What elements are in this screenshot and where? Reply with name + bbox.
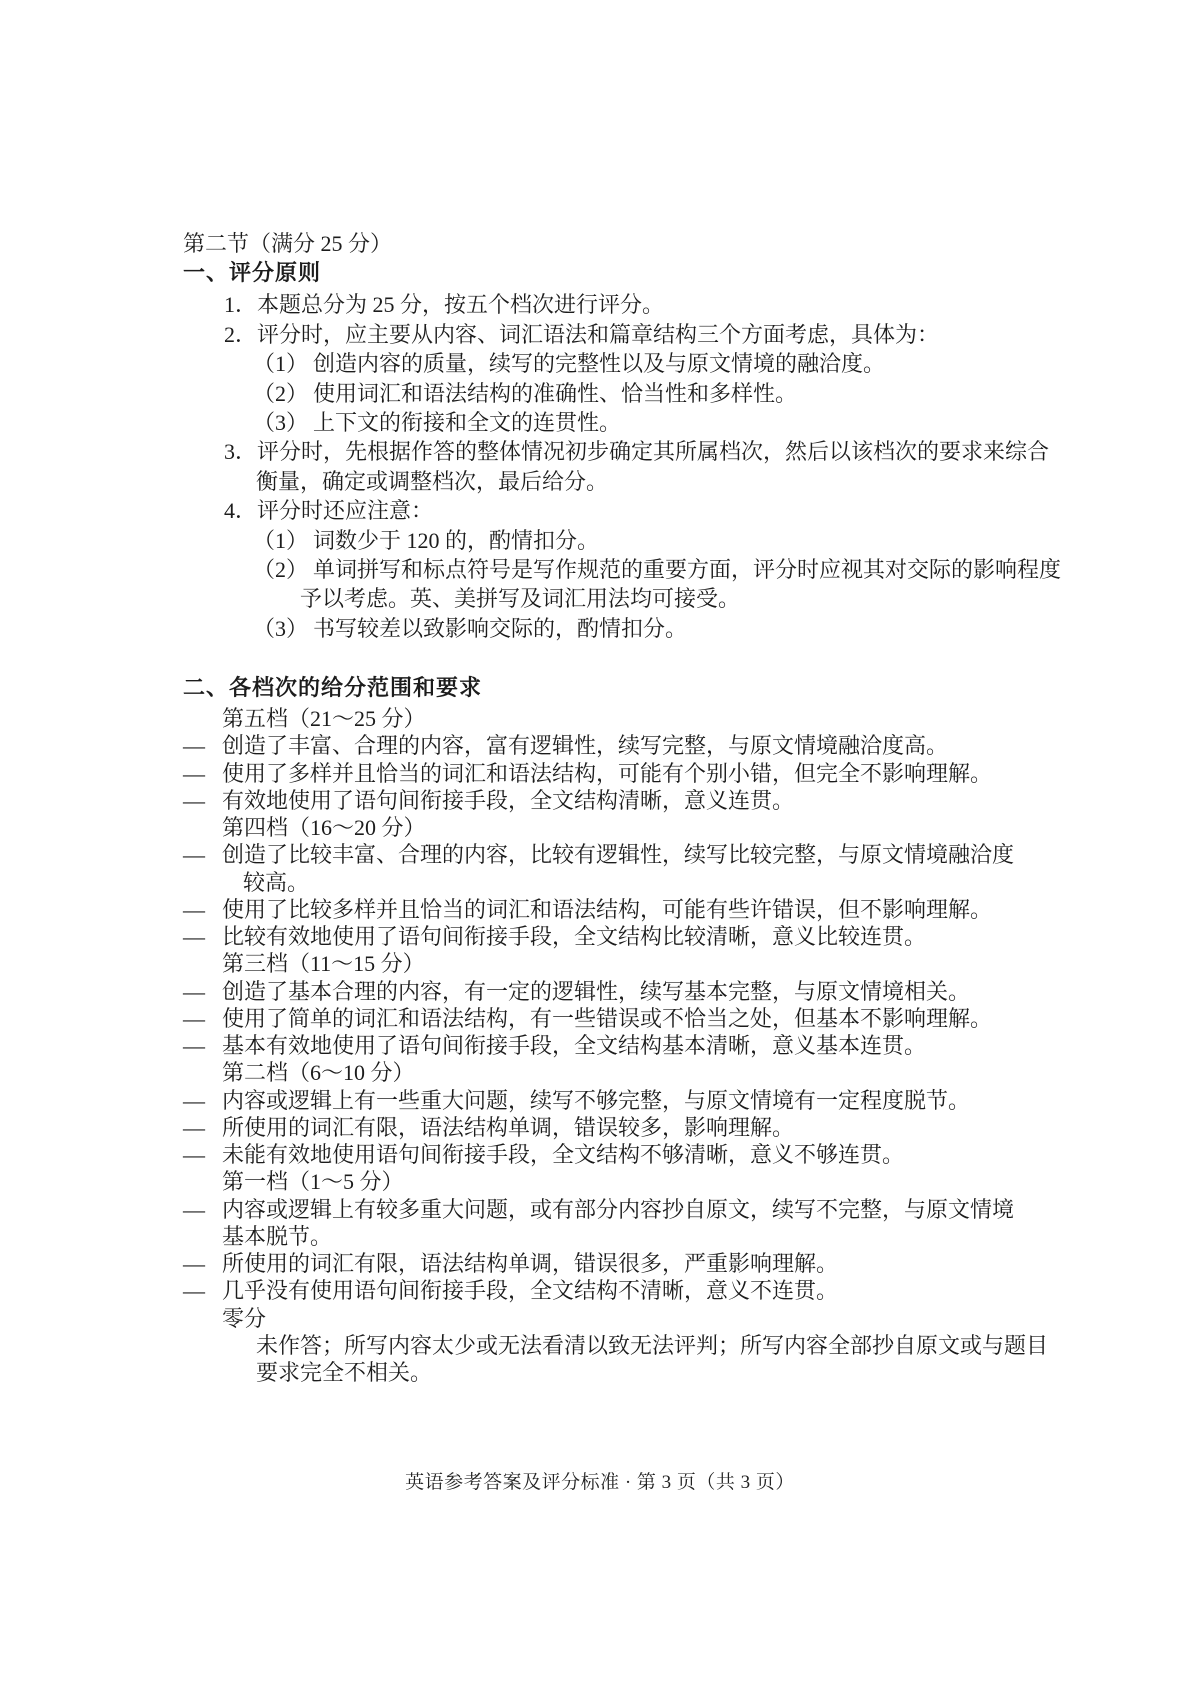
list-marker: — [183,1141,222,1168]
list-marker: — [183,1250,222,1277]
part2-heading: 二、各档次的给分范围和要求 [0,673,1200,702]
page-footer: 英语参考答案及评分标准 · 第 3 页（共 3 页） [0,1467,1200,1494]
list-marker: — [183,732,222,759]
rubric-bullet-line: —几乎没有使用语句间衔接手段，全文结构不清晰，意义不连贯。 [0,1277,1200,1304]
line-text: 第三档（11～15 分） [222,950,425,977]
line-text: 使用了比较多样并且恰当的词汇和语法结构，可能有些许错误，但不影响理解。 [222,896,992,923]
document-page: 第二节（满分 25 分） 一、评分原则 1．本题总分为 25 分，按五个档次进行… [0,0,1200,1386]
line-text: 所使用的词汇有限，语法结构单调，错误较多，影响理解。 [222,1114,794,1141]
rubric-bullet-line: —使用了简单的词汇和语法结构，有一些错误或不恰当之处，但基本不影响理解。 [0,1005,1200,1032]
rubric-bullet-line: —创造了基本合理的内容，有一定的逻辑性，续写基本完整，与原文情境相关。 [0,978,1200,1005]
list-marker: （2） [253,555,313,584]
line-text: 要求完全不相关。 [256,1359,432,1386]
rubric-bullet-line: —所使用的词汇有限，语法结构单调，错误很多，严重影响理解。 [0,1250,1200,1277]
list-marker: 2． [224,320,257,349]
rubric-bullet-line: —有效地使用了语句间衔接手段，全文结构清晰，意义连贯。 [0,787,1200,814]
line-text: 单词拼写和标点符号是写作规范的重要方面，评分时应视其对交际的影响程度 [313,555,1061,584]
rubric-bullet-line: —创造了比较丰富、合理的内容，比较有逻辑性，续写比较完整，与原文情境融洽度 [0,841,1200,868]
tier-label: 第二档（6～10 分） [0,1059,1200,1086]
rubric-bullet-line: —所使用的词汇有限，语法结构单调，错误较多，影响理解。 [0,1114,1200,1141]
list-marker: 1． [224,290,257,319]
line-text: 使用词汇和语法结构的准确性、恰当性和多样性。 [313,379,797,408]
part1-body: 1．本题总分为 25 分，按五个档次进行评分。2．评分时，应主要从内容、词汇语法… [0,290,1200,643]
line-text: 评分时，先根据作答的整体情况初步确定其所属档次，然后以该档次的要求来综合 [257,437,1049,466]
list-marker: — [183,760,222,787]
part2-body: 第五档（21～25 分）—创造了丰富、合理的内容，富有逻辑性，续写完整，与原文情… [0,705,1200,1386]
list-marker: （1） [253,526,313,555]
list-marker: — [183,1032,222,1059]
tier-label: 零分 [0,1305,1200,1332]
section-intro-text: 第二节（满分 25 分） [183,229,392,258]
line-text: 创造了丰富、合理的内容，富有逻辑性，续写完整，与原文情境融洽度高。 [222,732,948,759]
line-text: 未作答；所写内容太少或无法看清以致无法评判；所写内容全部抄自原文或与题目 [256,1332,1048,1359]
line-text: 未能有效地使用语句间衔接手段，全文结构不够清晰，意义不够连贯。 [222,1141,904,1168]
tier-label: 第五档（21～25 分） [0,705,1200,732]
rubric-text-line: （2）使用词汇和语法结构的准确性、恰当性和多样性。 [0,379,1200,408]
part1-heading-text: 一、评分原则 [183,258,321,287]
line-text: 创造内容的质量，续写的完整性以及与原文情境的融洽度。 [313,349,885,378]
list-marker: — [183,841,222,868]
line-text: 基本有效地使用了语句间衔接手段，全文结构基本清晰，意义基本连贯。 [222,1032,926,1059]
list-marker: — [183,923,222,950]
part1-heading: 一、评分原则 [0,258,1200,287]
section-intro-line: 第二节（满分 25 分） [0,229,1200,258]
line-text: 评分时，应主要从内容、词汇语法和篇章结构三个方面考虑，具体为： [257,320,939,349]
part2-heading-text: 二、各档次的给分范围和要求 [183,673,482,702]
tier-label: 第四档（16～20 分） [0,814,1200,841]
list-marker: （3） [253,408,313,437]
rubric-text-line: 4．评分时还应注意： [0,496,1200,525]
line-text: 第五档（21～25 分） [222,705,426,732]
line-text: 衡量，确定或调整档次，最后给分。 [256,467,608,496]
rubric-text-line: 衡量，确定或调整档次，最后给分。 [0,467,1200,496]
list-marker: — [183,1196,222,1223]
rubric-text-line: 较高。 [0,869,1200,896]
line-text: 上下文的衔接和全文的连贯性。 [313,408,621,437]
line-text: 予以考虑。英、美拼写及词汇用法均可接受。 [300,584,740,613]
line-text: 基本脱节。 [222,1223,332,1250]
rubric-text-line: （1）创造内容的质量，续写的完整性以及与原文情境的融洽度。 [0,349,1200,378]
line-text: 内容或逻辑上有一些重大问题，续写不够完整，与原文情境有一定程度脱节。 [222,1087,970,1114]
list-marker: 4． [224,496,257,525]
rubric-bullet-line: —未能有效地使用语句间衔接手段，全文结构不够清晰，意义不够连贯。 [0,1141,1200,1168]
list-marker: 3． [224,437,257,466]
rubric-text-line: 要求完全不相关。 [0,1359,1200,1386]
rubric-text-line: （3）书写较差以致影响交际的，酌情扣分。 [0,614,1200,643]
rubric-bullet-line: —基本有效地使用了语句间衔接手段，全文结构基本清晰，意义基本连贯。 [0,1032,1200,1059]
rubric-bullet-line: —内容或逻辑上有较多重大问题，或有部分内容抄自原文，续写不完整，与原文情境 [0,1196,1200,1223]
rubric-text-line: （1）词数少于 120 的，酌情扣分。 [0,526,1200,555]
rubric-bullet-line: —内容或逻辑上有一些重大问题，续写不够完整，与原文情境有一定程度脱节。 [0,1087,1200,1114]
line-text: 零分 [222,1305,266,1332]
rubric-text-line: 3．评分时，先根据作答的整体情况初步确定其所属档次，然后以该档次的要求来综合 [0,437,1200,466]
line-text: 第四档（16～20 分） [222,814,426,841]
list-marker: — [183,1277,222,1304]
line-text: 创造了基本合理的内容，有一定的逻辑性，续写基本完整，与原文情境相关。 [222,978,970,1005]
rubric-bullet-line: —使用了多样并且恰当的词汇和语法结构，可能有个别小错，但完全不影响理解。 [0,760,1200,787]
tier-label: 第三档（11～15 分） [0,950,1200,977]
line-text: 所使用的词汇有限，语法结构单调，错误很多，严重影响理解。 [222,1250,838,1277]
rubric-text-line: 予以考虑。英、美拼写及词汇用法均可接受。 [0,584,1200,613]
rubric-bullet-line: —创造了丰富、合理的内容，富有逻辑性，续写完整，与原文情境融洽度高。 [0,732,1200,759]
line-text: 较高。 [243,869,309,896]
line-text: 比较有效地使用了语句间衔接手段，全文结构比较清晰，意义比较连贯。 [222,923,926,950]
list-marker: （2） [253,379,313,408]
list-marker: — [183,1005,222,1032]
line-text: 有效地使用了语句间衔接手段，全文结构清晰，意义连贯。 [222,787,794,814]
line-text: 使用了多样并且恰当的词汇和语法结构，可能有个别小错，但完全不影响理解。 [222,760,992,787]
line-text: 第二档（6～10 分） [222,1059,415,1086]
line-text: 几乎没有使用语句间衔接手段，全文结构不清晰，意义不连贯。 [222,1277,838,1304]
list-marker: — [183,978,222,1005]
tier-label: 第一档（1～5 分） [0,1168,1200,1195]
rubric-text-line: （3）上下文的衔接和全文的连贯性。 [0,408,1200,437]
rubric-text-line: 未作答；所写内容太少或无法看清以致无法评判；所写内容全部抄自原文或与题目 [0,1332,1200,1359]
rubric-bullet-line: —比较有效地使用了语句间衔接手段，全文结构比较清晰，意义比较连贯。 [0,923,1200,950]
rubric-text-line: （2）单词拼写和标点符号是写作规范的重要方面，评分时应视其对交际的影响程度 [0,555,1200,584]
list-marker: （3） [253,614,313,643]
rubric-bullet-line: —使用了比较多样并且恰当的词汇和语法结构，可能有些许错误，但不影响理解。 [0,896,1200,923]
line-text: 评分时还应注意： [257,496,433,525]
line-text: 使用了简单的词汇和语法结构，有一些错误或不恰当之处，但基本不影响理解。 [222,1005,992,1032]
line-text: 词数少于 120 的，酌情扣分。 [313,526,599,555]
list-marker: — [183,1087,222,1114]
line-text: 内容或逻辑上有较多重大问题，或有部分内容抄自原文，续写不完整，与原文情境 [222,1196,1014,1223]
rubric-text-line: 2．评分时，应主要从内容、词汇语法和篇章结构三个方面考虑，具体为： [0,320,1200,349]
list-marker: （1） [253,349,313,378]
list-marker: — [183,787,222,814]
rubric-text-line: 1．本题总分为 25 分，按五个档次进行评分。 [0,290,1200,319]
line-text: 第一档（1～5 分） [222,1168,404,1195]
list-marker: — [183,1114,222,1141]
line-text: 创造了比较丰富、合理的内容，比较有逻辑性，续写比较完整，与原文情境融洽度 [222,841,1014,868]
list-marker: — [183,896,222,923]
rubric-text-line: 基本脱节。 [0,1223,1200,1250]
line-text: 本题总分为 25 分，按五个档次进行评分。 [257,290,664,319]
line-text: 书写较差以致影响交际的，酌情扣分。 [313,614,687,643]
